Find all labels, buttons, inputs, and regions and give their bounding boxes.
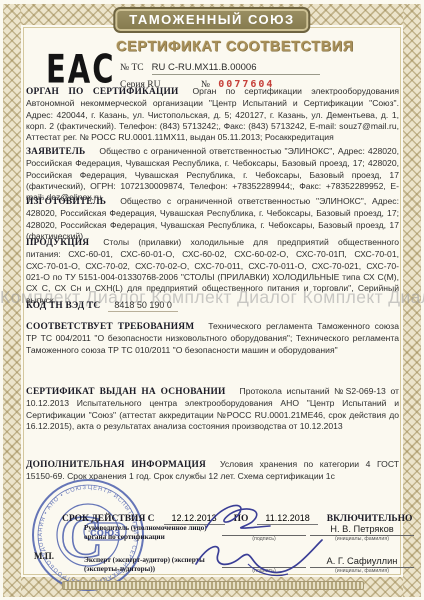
signature-ink-expert — [188, 534, 328, 582]
tnved-code-value: 8418 50 190 0 — [108, 300, 178, 312]
certificate-page: ТАМОЖЕННЫЙ СОЮЗ ЕАС СЕРТИФИКАТ СООТВЕТСТ… — [0, 0, 424, 600]
validity-inclusive-label: ВКЛЮЧИТЕЛЬНО — [327, 514, 413, 524]
section-label: ЗАЯВИТЕЛЬ — [26, 147, 85, 157]
section-complies-with: СООТВЕТСТВУЕТ ТРЕБОВАНИЯМТехнического ре… — [26, 321, 399, 356]
signature-ink-head — [200, 500, 280, 536]
certificate-title: СЕРТИФИКАТ СООТВЕТСТВИЯ — [100, 39, 370, 55]
certificate-number: RU C-RU.MX11.B.00006 — [152, 62, 320, 75]
section-label: ИЗГОТОВИТЕЛЬ — [26, 197, 106, 207]
section-certification-body: ОРГАН ПО СЕРТИФИКАЦИИОрган по сертификац… — [26, 86, 399, 144]
section-label: КОД ТН ВЭД ТС — [26, 301, 100, 311]
section-label: ПРОДУКЦИЯ — [26, 238, 89, 248]
section-label: СЕРТИФИКАТ ВЫДАН НА ОСНОВАНИИ — [26, 387, 226, 397]
section-tnved-code: КОД ТН ВЭД ТС8418 50 190 0 — [26, 300, 399, 312]
section-products: ПРОДУКЦИЯСтолы (прилавки) холодильные дл… — [26, 237, 399, 306]
section-issued-basis: СЕРТИФИКАТ ВЫДАН НА ОСНОВАНИИПротокола и… — [26, 386, 399, 432]
stamp-place-label: М.П. — [34, 551, 54, 561]
certificate-number-line: № ТСRU C-RU.MX11.B.00006 — [120, 62, 320, 75]
section-label: ДОПОЛНИТЕЛЬНАЯ ИНФОРМАЦИЯ — [26, 460, 206, 470]
number-label: № ТС — [120, 63, 144, 73]
section-manufacturer: ИЗГОТОВИТЕЛЬОбщество с ограниченной отве… — [26, 196, 399, 242]
section-label: ОРГАН ПО СЕРТИФИКАЦИИ — [26, 87, 178, 97]
section-label: СООТВЕТСТВУЕТ ТРЕБОВАНИЯМ — [26, 322, 194, 332]
validity-label: СРОК ДЕЙСТВИЯ С — [62, 514, 155, 524]
customs-union-badge: ТАМОЖЕННЫЙ СОЮЗ — [113, 7, 310, 33]
microprint-strip — [62, 581, 364, 590]
